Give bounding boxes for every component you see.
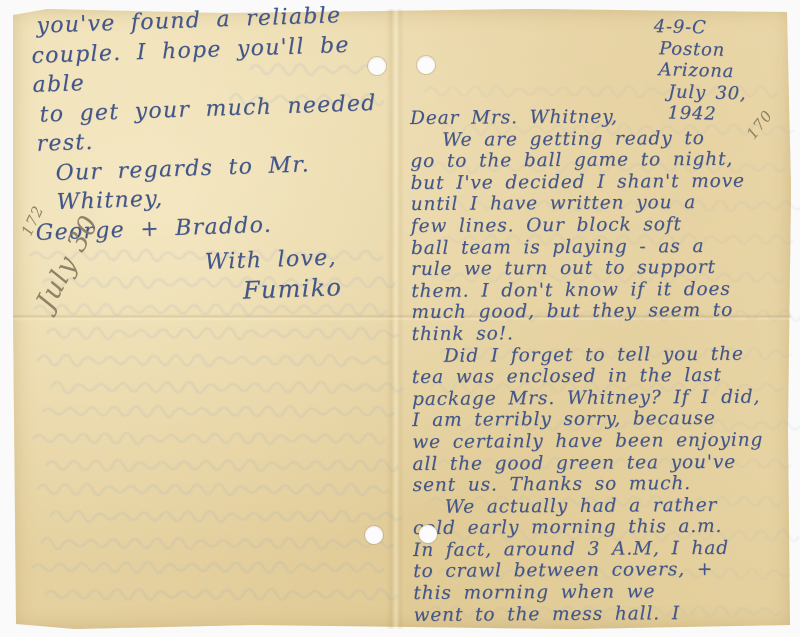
letter-line: Did I forget to tell you the (444, 343, 794, 367)
letter-line: We are getting ready to (442, 127, 792, 151)
letter-line: think so!. (412, 321, 794, 345)
salutation: Dear Mrs. Whitney, (410, 105, 792, 129)
letter-line: all the good green tea you've (412, 451, 794, 475)
letter-line: until I have written you a (411, 192, 793, 216)
page-right: Dear Mrs. Whitney, We are getting ready … (410, 105, 796, 626)
header-place: Poston Arizona (658, 38, 800, 85)
letter-line: go to the ball game to night, (410, 149, 792, 173)
letter-line: In fact, around 3 A.M, I had (413, 537, 795, 561)
letter-line: ball team is playing - as a (411, 235, 793, 259)
letter-line: but I've decided I shan't move (410, 170, 792, 194)
punch-hole (368, 57, 386, 75)
punch-hole (365, 526, 383, 544)
letter-line: this morning when we (413, 580, 795, 604)
letter-line: rule we turn out to support (411, 256, 793, 280)
letter-line: to crawl between covers, + (413, 559, 795, 583)
letter-line: I am terribly sorry, because (412, 408, 794, 432)
page-left: you've found a reliable couple. I hope y… (28, 0, 410, 313)
signature: Fumiko (242, 270, 410, 305)
letter-line: much good, but they seem to (411, 300, 793, 324)
punch-hole (419, 525, 437, 543)
letter-line: went to the mess hall. I (413, 602, 795, 626)
letter-line: cold early morning this a.m. (413, 516, 795, 540)
punch-hole (417, 56, 435, 74)
letter-line: sent us. Thanks so much. (413, 472, 795, 496)
letter-line: them. I don't know if it does (411, 278, 793, 302)
letter-line: few lines. Our block soft (411, 213, 793, 237)
letter-line: we certainly have been enjoying (412, 429, 794, 453)
letter-line: We actually had a rather (445, 494, 795, 518)
letter-line: tea was enclosed in the last (412, 364, 794, 388)
letter-line: package Mrs. Whitney? If I did, (412, 386, 794, 410)
letter-scan: you've found a reliable couple. I hope y… (0, 0, 800, 637)
